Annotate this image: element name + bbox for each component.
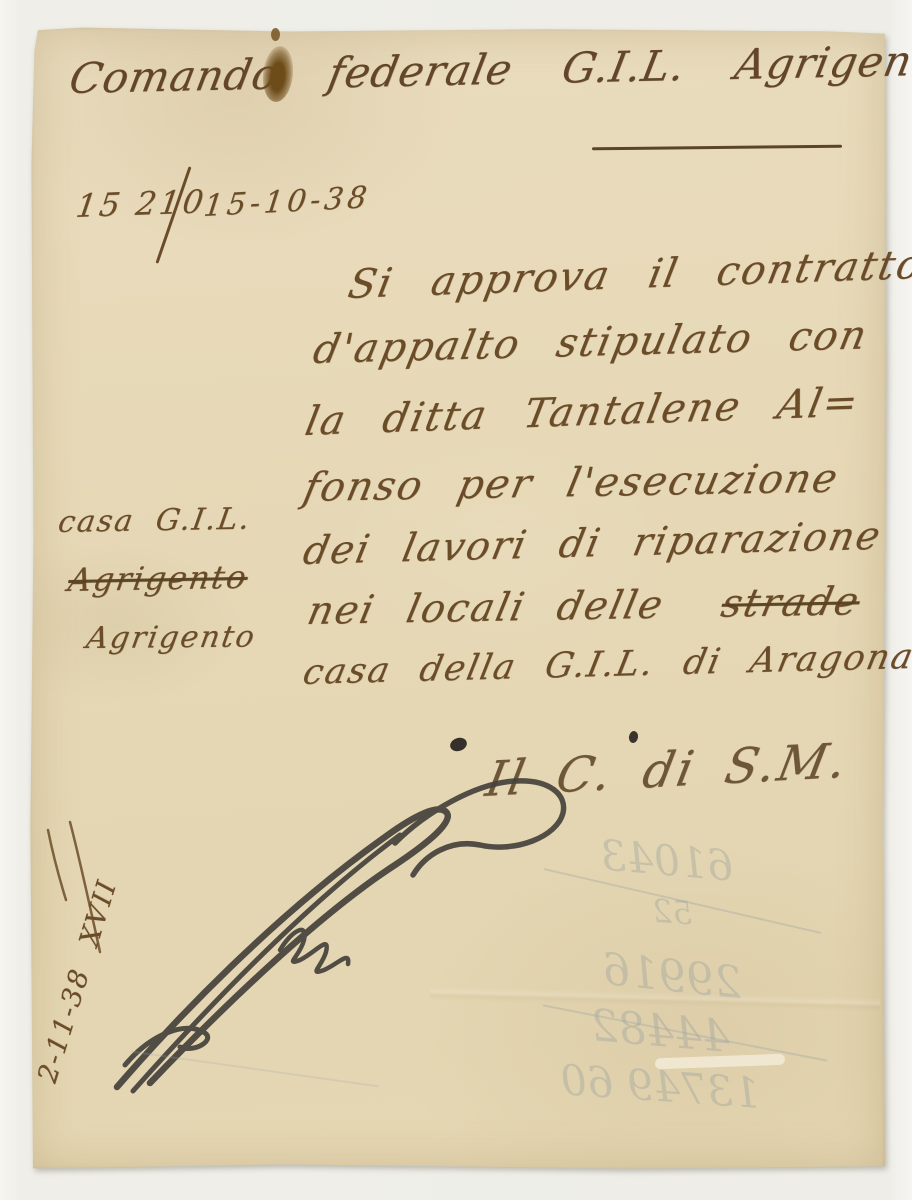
margin-note-line-1: casa G.I.L.: [56, 505, 254, 538]
bleedthrough-number: 61043: [598, 834, 735, 887]
body-line-6: nei locali delle strade: [304, 582, 864, 631]
side-flourish: [30, 812, 160, 982]
body-line-6-struck-word: strade: [717, 579, 864, 627]
bleedthrough-number: 44482: [588, 1004, 731, 1060]
document-scan: Comando federale G.I.L. Agrigento 15 210…: [0, 0, 912, 1200]
margin-note-rewritten: Agrigento: [84, 622, 258, 654]
protocol-date: 15-10-38: [202, 183, 372, 222]
margin-note-struck: Agrigento: [66, 561, 250, 596]
body-line-4: fonso per l'esecuzione: [300, 459, 843, 508]
ink-blot-dot: [271, 28, 280, 41]
body-line-6-text: nei locali delle: [303, 583, 668, 634]
protocol-number: 15 210: [74, 185, 208, 222]
signature-flourish: [95, 765, 615, 1105]
